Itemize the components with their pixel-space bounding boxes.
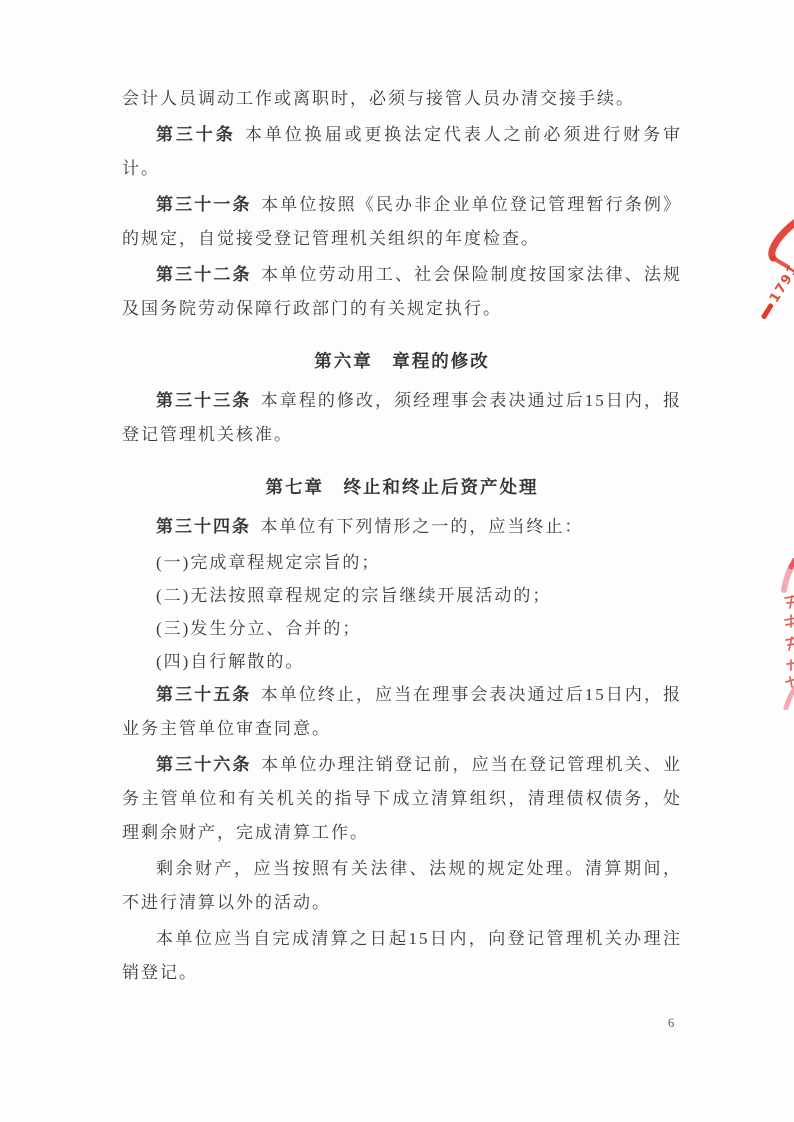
article-number: 第三十四条 <box>156 517 251 536</box>
document-body: 会计人员调动工作或离职时，必须与接管人员办清交接手续。第三十条本单位换届或更换法… <box>122 82 682 992</box>
article-number: 第三十三条 <box>156 391 251 410</box>
paragraph: 剩余财产，应当按照有关法律、法规的规定处理。清算期间，不进行清算以外的活动。 <box>122 852 682 920</box>
paragraph: 第三十五条本单位终止，应当在理事会表决通过后15日内，报业务主管单位审查同意。 <box>122 678 682 746</box>
red-stamp-number: 1791 <box>756 262 794 323</box>
red-stamp-stroke-icon <box>761 303 774 320</box>
red-stamp-character-column-icon <box>782 594 794 695</box>
paragraph: 本单位应当自完成清算之日起15日内，向登记管理机关办理注销登记。 <box>122 922 682 990</box>
paragraph: (一)完成章程规定宗旨的； <box>122 546 682 579</box>
red-stamp-diagonal-stroke-icon <box>782 686 794 715</box>
paragraph: 会计人员调动工作或离职时，必须与接管人员办清交接手续。 <box>122 82 682 116</box>
red-stamp-diagonal-stroke-icon <box>779 558 794 599</box>
document-page: 会计人员调动工作或离职时，必须与接管人员办清交接手续。第三十条本单位换届或更换法… <box>0 0 794 1122</box>
paragraph: 第三十六条本单位办理注销登记前，应当在登记管理机关、业务主管单位和有关机关的指导… <box>122 748 682 850</box>
chapter-heading: 第六章 章程的修改 <box>122 344 682 378</box>
paragraph: 第三十三条本章程的修改，须经理事会表决通过后15日内，报登记管理机关核准。 <box>122 384 682 452</box>
chapter-heading: 第七章 终止和终止后资产处理 <box>122 470 682 504</box>
red-stamp-hook-stroke-icon <box>766 216 794 275</box>
page-number: 6 <box>668 1016 674 1031</box>
paragraph: 第三十二条本单位劳动用工、社会保险制度按国家法律、法规及国务院劳动保障行政部门的… <box>122 258 682 326</box>
paragraph: (二)无法按照章程规定的宗旨继续开展活动的； <box>122 579 682 612</box>
paragraph: (三)发生分立、合并的； <box>122 612 682 645</box>
article-number: 第三十五条 <box>156 685 251 704</box>
article-number: 第三十二条 <box>156 265 252 284</box>
paragraph: 第三十四条本单位有下列情形之一的，应当终止： <box>122 510 682 544</box>
article-number: 第三十条 <box>156 125 236 144</box>
paragraph: 第三十一条本单位按照《民办非企业单位登记管理暂行条例》的规定，自觉接受登记管理机… <box>122 188 682 256</box>
red-stamp-number-text: 1791 <box>767 262 794 306</box>
paragraph: (四)自行解散的。 <box>122 645 682 678</box>
article-number: 第三十一条 <box>156 195 252 214</box>
article-number: 第三十六条 <box>156 755 252 774</box>
paragraph: 第三十条本单位换届或更换法定代表人之前必须进行财务审计。 <box>122 118 682 186</box>
